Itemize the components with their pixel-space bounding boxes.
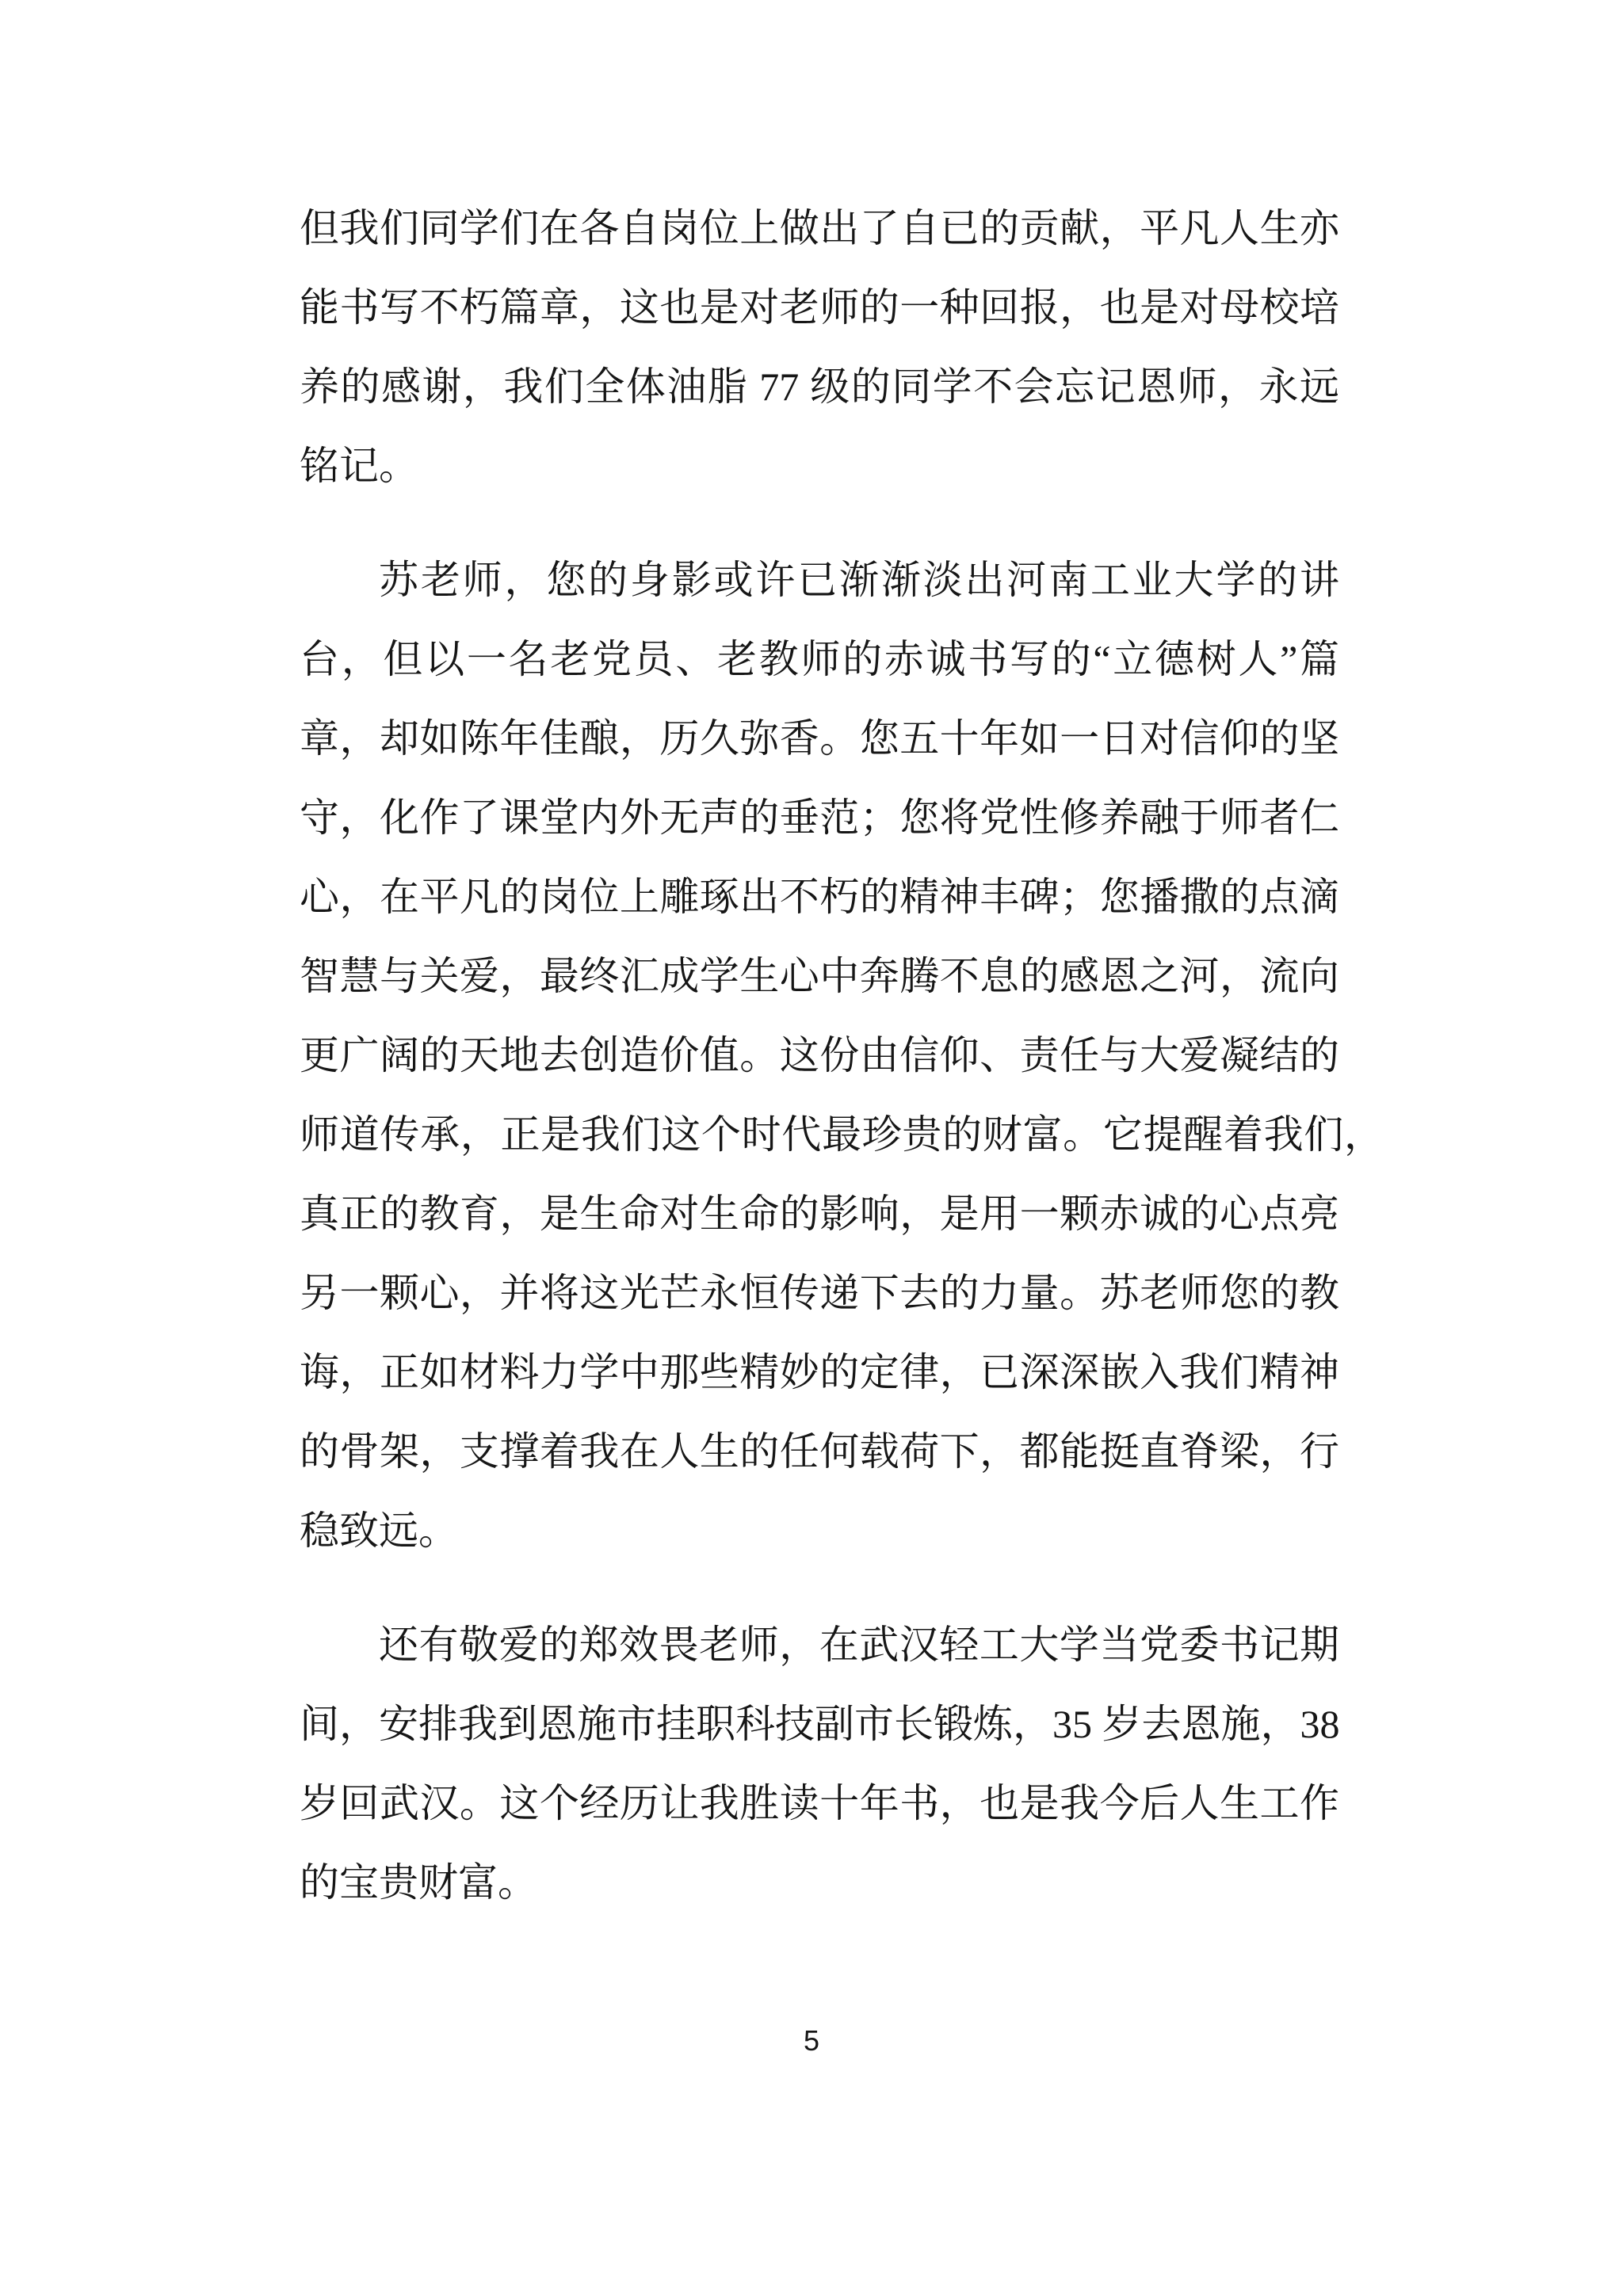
text-line: 苏老师，您的身影或许已渐渐淡出河南工业大学的讲 xyxy=(300,540,1339,620)
text-line: 智慧与关爱，最终汇成学生心中奔腾不息的感恩之河，流向 xyxy=(300,936,1339,1016)
text-line: 的骨架，支撑着我在人生的任何载荷下，都能挺直脊梁，行 xyxy=(300,1412,1339,1491)
text-line: 岁回武汉。这个经历让我胜读十年书，也是我今后人生工作 xyxy=(300,1764,1339,1843)
paragraph: 还有敬爱的郑效畏老师，在武汉轻工大学当党委书记期 间，安排我到恩施市挂职科技副市… xyxy=(300,1605,1339,1922)
text-line: 还有敬爱的郑效畏老师，在武汉轻工大学当党委书记期 xyxy=(300,1605,1339,1684)
text-line: 师道传承，正是我们这个时代最珍贵的财富。它提醒着我们， xyxy=(300,1095,1384,1174)
text-line: 间，安排我到恩施市挂职科技副市长锻炼，35 岁去恩施，38 xyxy=(300,1684,1339,1764)
page: 但我们同学们在各自岗位上做出了自已的贡献，平凡人生亦 能书写不朽篇章，这也是对老… xyxy=(0,0,1623,2296)
text-line: 铭记。 xyxy=(300,426,1339,505)
paragraph: 苏老师，您的身影或许已渐渐淡出河南工业大学的讲 台，但以一名老党员、老教师的赤诚… xyxy=(300,540,1339,1570)
text-line: 的宝贵财富。 xyxy=(300,1843,1339,1922)
paragraph: 但我们同学们在各自岗位上做出了自已的贡献，平凡人生亦 能书写不朽篇章，这也是对老… xyxy=(300,189,1339,505)
text-line: 守，化作了课堂内外无声的垂范；您将党性修养融于师者仁 xyxy=(300,778,1339,857)
text-line: 章，却如陈年佳酿，历久弥香。您五十年如一日对信仰的坚 xyxy=(300,699,1339,778)
text-line: 能书写不朽篇章，这也是对老师的一种回报，也是对母校培 xyxy=(300,268,1339,347)
text-line: 台，但以一名老党员、老教师的赤诚书写的“立德树人”篇 xyxy=(300,620,1339,699)
text-block: 但我们同学们在各自岗位上做出了自已的贡献，平凡人生亦 能书写不朽篇章，这也是对老… xyxy=(300,189,1339,1957)
text-line: 诲，正如材料力学中那些精妙的定律，已深深嵌入我们精神 xyxy=(300,1333,1339,1412)
text-line: 心，在平凡的岗位上雕琢出不朽的精神丰碑；您播撒的点滴 xyxy=(300,857,1339,936)
text-line: 但我们同学们在各自岗位上做出了自已的贡献，平凡人生亦 xyxy=(300,189,1339,268)
text-line: 另一颗心，并将这光芒永恒传递下去的力量。苏老师您的教 xyxy=(300,1253,1339,1333)
page-number: 5 xyxy=(0,2025,1623,2057)
text-line: 养的感谢，我们全体油脂 77 级的同学不会忘记恩师，永远 xyxy=(300,347,1339,426)
text-line: 真正的教育，是生命对生命的影响，是用一颗赤诚的心点亮 xyxy=(300,1174,1339,1253)
text-line: 更广阔的天地去创造价值。这份由信仰、责任与大爱凝结的 xyxy=(300,1016,1339,1095)
text-line: 稳致远。 xyxy=(300,1491,1339,1570)
